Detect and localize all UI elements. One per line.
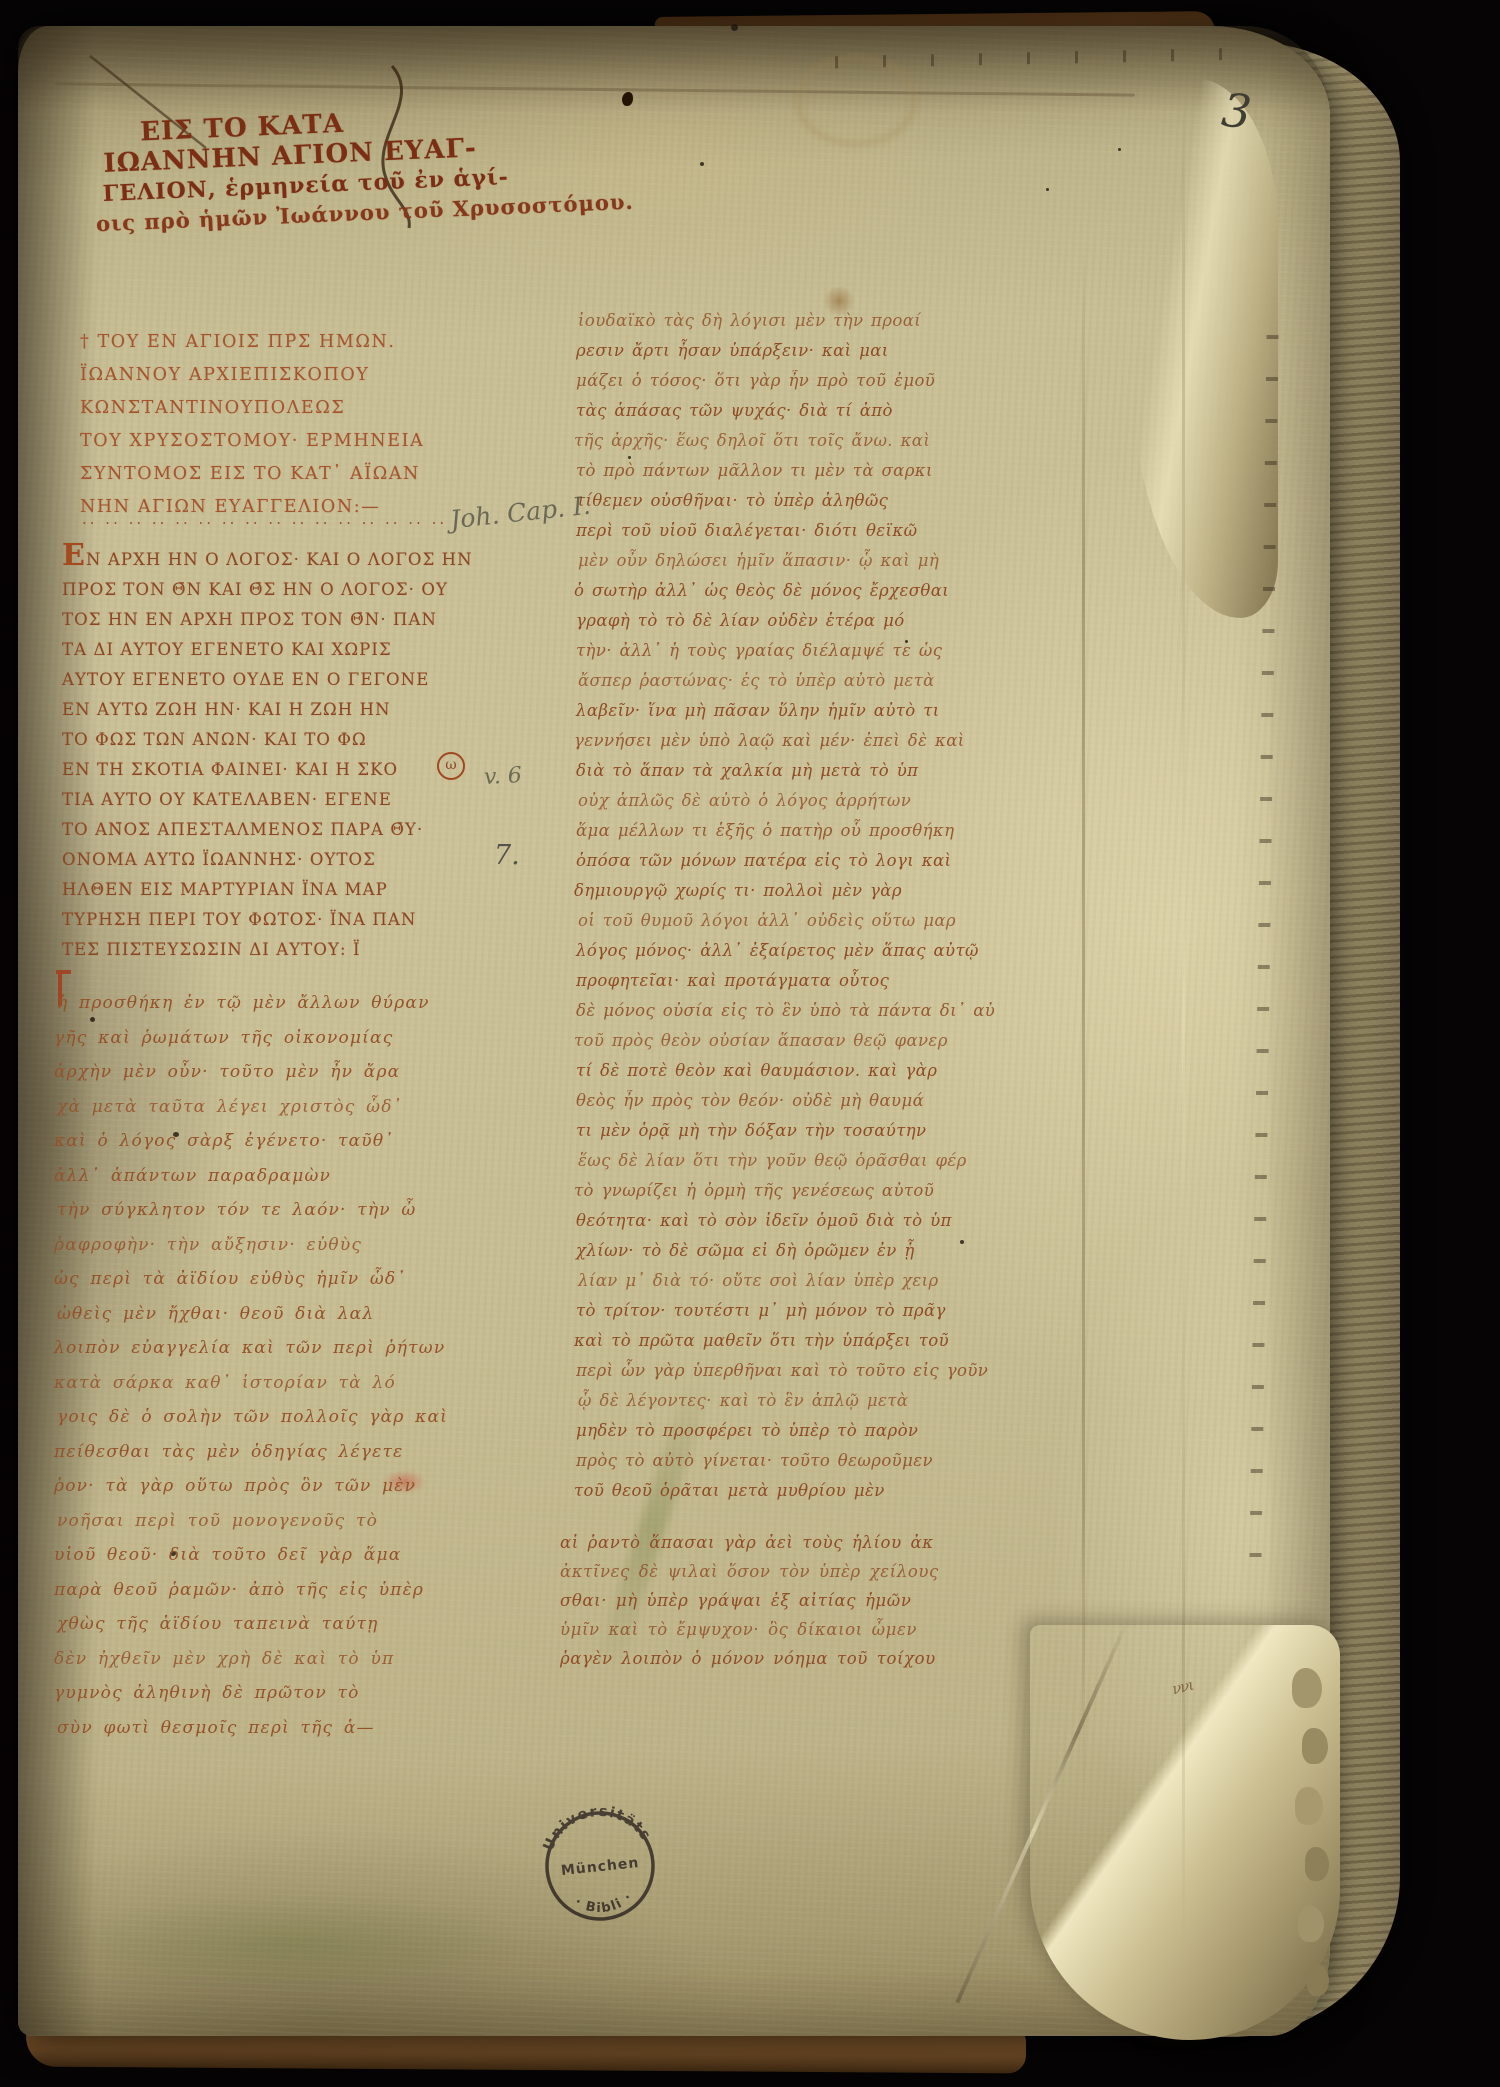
- text-line: σὺν φωτὶ θεσμοῖς περὶ τῆς ἁ—: [57, 1711, 448, 1746]
- text-line: μάζει ὁ τόσος· ὅτι γὰρ ἦν πρὸ τοῦ ἐμοῦ: [576, 366, 995, 396]
- text-line: χθὼς τῆς ἀϊδίου ταπεινὰ ταύτῃ: [57, 1607, 448, 1642]
- text-line: πρὸς τὸ αὐτὸ γίνεται· τοῦτο θεωροῦμεν: [576, 1446, 995, 1476]
- text-line: ΪΩΑΝΝΟΥ ΑΡΧΙΕΠΙΣΚΟΠΟΥ: [80, 359, 424, 392]
- stamp-ring-text-top: Universitäts: [537, 1798, 655, 1854]
- text-line: ΕΝ ΑΥΤΩ ΖΩΗ ΗΝ· ΚΑΙ Η ΖΩΗ ΗΝ: [62, 695, 473, 725]
- water-stain-ring: [795, 55, 917, 147]
- text-line: υἱοῦ θεοῦ· διὰ τοῦτο δεῖ γὰρ ἅμα: [54, 1538, 445, 1573]
- text-line: μηδὲν τὸ προσφέρει τὸ ὑπὲρ τὸ παρὸν: [576, 1416, 995, 1446]
- text-line: ΟΝΟΜΑ ΑΥΤΩ ΪΩΑΝΝΗΣ· ΟΥΤΟΣ: [62, 845, 473, 875]
- text-line: ΤΟ ΑΝ̄ΟΣ ΑΠΕΣΤΑΛΜΕΝΟΣ ΠΑΡΑ Θ̄Υ·: [62, 815, 473, 845]
- text-line: τοῦ θεοῦ ὁρᾶται μετὰ μυθρίου μὲν: [574, 1476, 993, 1506]
- text-line: ΑΥΤΟΥ ΕΓΕΝΕΤΟ ΟΥΔΕ ΕΝ Ο ΓΕΓΟΝΕ: [62, 665, 473, 695]
- bottom-right-edge-scallops: [1292, 1668, 1322, 1708]
- text-line: τὸ τρίτον· τουτέστι μ᾽ μὴ μόνον τὸ πρᾶγ: [576, 1296, 995, 1326]
- ink-speck: [700, 162, 704, 166]
- text-line: ΤΑ ΔΙ ΑΥΤΟΥ ΕΓΕΝΕΤΟ ΚΑΙ ΧΩΡΙΣ: [62, 635, 473, 665]
- text-line: ἀκτῖνες δὲ ψιλαὶ ὅσον τὸν ὑπὲρ χείλους: [560, 1557, 939, 1586]
- text-line: δὲν ἠχθεῖν μὲν χρὴ δὲ καὶ τὸ ὑπ: [54, 1642, 445, 1677]
- text-line: χλίων· τὸ δὲ σῶμα εἰ δὴ ὁρῶμεν ἐν ᾗ: [576, 1236, 995, 1266]
- text-line: ΤΙΑ ΑΥΤΟ ΟΥ ΚΑΤΕΛΑΒΕΝ· ΕΓΕΝΕ: [62, 785, 473, 815]
- text-line: ρεσιν ἄρτι ἦσαν ὑπάρξειν· καὶ μαι: [576, 336, 995, 366]
- text-line: ῥαφροφὴν· τὴν αὔξησιν· εὐθὺς: [54, 1228, 445, 1263]
- text-line: σθαι· μὴ ὑπὲρ γράψαι ἐξ αἰτίας ἡμῶν: [560, 1586, 939, 1615]
- text-line: γῆς καὶ ῥωμάτων τῆς οἰκονομίας: [54, 1021, 445, 1056]
- text-line: ἀρχὴν μὲν οὖν· τοῦτο μὲν ἦν ἄρα: [54, 1055, 445, 1090]
- text-line: ΠΡΟΣ ΤΟΝ Θ̄Ν ΚΑΙ Θ̄Σ ΗΝ Ο ΛΟΓΟΣ· ΟΥ: [62, 575, 473, 605]
- text-line: τοῦ πρὸς θεὸν οὐσίαν ἅπασαν θεῷ φανερ: [574, 1026, 993, 1056]
- text-line: καὶ τὸ πρῶτα μαθεῖν ὅτι τὴν ὑπάρξει τοῦ: [574, 1326, 993, 1356]
- text-line: περὶ τοῦ υἱοῦ διαλέγεται· διότι θεϊκῶ: [576, 516, 995, 546]
- text-line: ΤΟΥ ΧΡΥΣΟΣΤΟΜΟΥ· ΕΡΜΗΝΕΙΑ: [80, 425, 424, 458]
- text-line: τὴν· ἀλλ᾽ ἡ τοὺς γραίας διέλαμψέ τε ὡς: [576, 636, 995, 666]
- library-stamp: Universitäts · Bibli · München: [527, 1793, 672, 1938]
- text-line: τίθεμεν οὐσθῆναι· τὸ ὑπὲρ ἀληθῶς: [576, 486, 995, 516]
- text-line: ὁ σωτὴρ ἀλλ᾽ ὡς θεὸς δὲ μόνος ἔρχεσθαι: [574, 576, 993, 606]
- ink-speck: [1046, 188, 1049, 191]
- text-line: λίαν μ᾽ διὰ τό· οὔτε σοὶ λίαν ὑπὲρ χειρ: [578, 1266, 997, 1296]
- text-line: παρὰ θεοῦ ῥαμῶν· ἀπὸ τῆς εἰς ὑπὲρ: [54, 1573, 445, 1608]
- text-line: ΤΟΣ ΗΝ ΕΝ ΑΡΧΗ ΠΡΟΣ ΤΟΝ Θ̄Ν· ΠΑΝ: [62, 605, 473, 635]
- vertical-crease: [1082, 240, 1085, 1800]
- text-line: γραφὴ τὸ τὸ δὲ λίαν οὐδὲν ἑτέρα μό: [576, 606, 995, 636]
- text-line: οὐχ ἁπλῶς δὲ αὐτὸ ὁ λόγος ἀρρήτων: [578, 786, 997, 816]
- text-line: λαβεῖν· ἵνα μὴ πᾶσαν ὕλην ἡμῖν αὐτὸ τι: [576, 696, 995, 726]
- ink-speck: [731, 24, 738, 31]
- text-line: τὸ πρὸ πάντων μᾶλλον τι μὲν τὰ σαρκι: [576, 456, 995, 486]
- text-line: καὶ ὁ λόγος σὰρξ ἐγένετο· ταῦθ᾽: [54, 1124, 445, 1159]
- verse-annotation-7: 7.: [494, 840, 520, 871]
- text-line: ΚΩΝΣΤΑΝΤΙΝΟΥΠΟΛΕΩΣ: [80, 392, 424, 425]
- text-line: γοις δὲ ὁ σολὴν τῶν πολλοῖς γὰρ καὶ: [57, 1400, 448, 1435]
- circled-omega-correction: ω: [437, 752, 465, 780]
- text-line: γεννήσει μὲν ὑπὸ λαῷ καὶ μέν· ἐπεὶ δὲ κα…: [574, 726, 993, 756]
- svg-text:Universitäts: Universitäts: [537, 1798, 655, 1854]
- text-line: τὴν σύγκλητον τόν τε λαόν· τὴν ὦ: [57, 1193, 448, 1228]
- text-line: τὸ γνωρίζει ἡ ὁρμὴ τῆς γενέσεως αὐτοῦ: [574, 1176, 993, 1206]
- text-line: ΤΕΣ ΠΙΣΤΕΥΣΩΣΙΝ ΔΙ ΑΥΤΟΥ: Ϊ: [62, 935, 473, 965]
- text-line: ΤΟ ΦΩΣ ΤΩΝ ΑΝ̄ΩΝ· ΚΑΙ ΤΟ ΦΩ: [62, 725, 473, 755]
- text-line: λόγος μόνος· ἀλλ᾽ ἐξαίρετος μὲν ἅπας αὐτ…: [576, 936, 995, 966]
- rubric-heading: † ΤΟΥ ΕΝ ΑΓΙΟΙΣ ΠΡ̄Σ ΗΜΩΝ.ΪΩΑΝΝΟΥ ΑΡΧΙΕΠ…: [80, 326, 424, 524]
- text-line: προφητεῖαι· καὶ προτάγματα οὗτος: [576, 966, 995, 996]
- left-commentary-text: ἡ προσθήκη ἐν τῷ μὲν ἄλλων θύρανγῆς καὶ …: [54, 986, 445, 1745]
- text-line: ἰουδαϊκὸ τὰς δὴ λόγισι μὲν τὴν προαί: [578, 306, 997, 336]
- text-line: λοιπὸν εὐαγγελία καὶ τῶν περὶ ῥήτων: [54, 1331, 445, 1366]
- text-line: ἕως δὲ λίαν ὅτι τὴν γοῦν θεῷ ὁρᾶσθαι φέρ: [578, 1146, 997, 1176]
- text-line: θεὸς ἦν πρὸς τὸν θεόν· οὐδὲ μὴ θαυμά: [576, 1086, 995, 1116]
- green-stain: [70, 1895, 520, 1990]
- text-line: γυμνὸς ἀληθινὴ δὲ πρῶτον τὸ: [54, 1676, 445, 1711]
- text-line: ἅμα μέλλων τι ἑξῆς ὁ πατὴρ οὗ προσθήκη: [576, 816, 995, 846]
- text-line: ΕΝ ΤΗ ΣΚΟΤΙΑ ΦΑΙΝΕΙ· ΚΑΙ Η ΣΚΟ: [62, 755, 473, 785]
- text-line: θεότητα· καὶ τὸ σὸν ἰδεῖν ὁμοῦ διὰ τὸ ὑπ: [576, 1206, 995, 1236]
- right-commentary-tail: αἱ ῥαντὸ ἅπασαι γὰρ ἀεὶ τοὺς ἡλίου ἀκἀκτ…: [560, 1528, 939, 1673]
- text-line: νοῆσαι περὶ τοῦ μονογενοῦς τὸ: [57, 1504, 448, 1539]
- right-commentary-text: ἰουδαϊκὸ τὰς δὴ λόγισι μὲν τὴν προαίρεσι…: [576, 306, 995, 1506]
- manuscript-title: ΕΙΣ ΤΟ ΚΑΤΑΙΩΑΝΝΗΝ ΑΓΙΟΝ ΕΥΑΓ-ΓΕΛΙΟΝ, ἑρ…: [94, 97, 635, 239]
- text-line: † ΤΟΥ ΕΝ ΑΓΙΟΙΣ ΠΡ̄Σ ΗΜΩΝ.: [80, 326, 424, 359]
- text-line: κατὰ σάρκα καθ᾽ ἱστορίαν τὰ λό: [54, 1366, 445, 1401]
- text-line: ὠθεὶς μὲν ἤχθαι· θεοῦ διὰ λαλ: [57, 1297, 448, 1332]
- text-line: δημιουργῷ χωρίς τι· πολλοὶ μὲν γὰρ: [574, 876, 993, 906]
- text-line: πείθεσθαι τὰς μὲν ὁδηγίας λέγετε: [54, 1435, 445, 1470]
- text-line: περὶ ὧν γὰρ ὑπερθῆναι καὶ τὸ τοῦτο εἰς γ…: [576, 1356, 995, 1386]
- text-line: τί δὲ ποτὲ θεὸν καὶ θαυμάσιον. καὶ γὰρ: [576, 1056, 995, 1086]
- text-line: αἱ ῥαντὸ ἅπασαι γὰρ ἀεὶ τοὺς ἡλίου ἀκ: [560, 1528, 939, 1557]
- ink-speck: [1118, 148, 1121, 151]
- text-line: ΤΥΡΗΣΗ ΠΕΡΙ ΤΟΥ ΦΩΤΟΣ· ΪΝΑ ΠΑΝ: [62, 905, 473, 935]
- text-line: ῥον· τὰ γὰρ οὕτω πρὸς ὃν τῶν μὲν: [54, 1469, 445, 1504]
- text-line: ἀλλ᾽ ἁπάντων παραδραμὼν: [54, 1159, 445, 1194]
- text-line: χὰ μετὰ ταῦτα λέγει χριστὸς ὧδ᾽: [57, 1090, 448, 1125]
- text-line: ΕΝ ΑΡΧΗ ΗΝ Ο ΛΟΓΟΣ· ΚΑΙ Ο ΛΟΓΟΣ ΗΝ: [62, 541, 473, 575]
- photograph-of-manuscript: { "page": { "folio_number": "3", "circle…: [0, 0, 1500, 2087]
- stamp-center-text: München: [560, 1855, 640, 1879]
- text-line: ᾧ δὲ λέγοντες· καὶ τὸ ἓν ἁπλῷ μετὰ: [578, 1386, 997, 1416]
- ornament-separator: ·· ·· ·· ·· ·· ·· ·· ·· ·· ·· ·· ·· ·· ·…: [82, 514, 447, 532]
- vertical-crease: [1182, 90, 1185, 1950]
- text-line: ῥαγὲν λοιπὸν ὁ μόνον νόημα τοῦ τοίχου: [560, 1644, 939, 1673]
- text-line: τὰς ἁπάσας τῶν ψυχάς· διὰ τί ἀπὸ: [576, 396, 995, 426]
- text-line: ὁπόσα τῶν μόνων πατέρα εἰς τὸ λογι καὶ: [576, 846, 995, 876]
- text-line: τῆς ἀρχῆς· ἕως δηλοῖ ὅτι τοῖς ἄνω. καὶ: [574, 426, 993, 456]
- text-line: μὲν οὖν δηλώσει ἡμῖν ἅπασιν· ᾧ καὶ μὴ: [578, 546, 997, 576]
- text-line: οἱ τοῦ θυμοῦ λόγοι ἀλλ᾽ οὐδεὶς οὕτω μαρ: [578, 906, 997, 936]
- text-line: ὡς περὶ τὰ ἀϊδίου εὐθὺς ἡμῖν ὧδ᾽: [54, 1262, 445, 1297]
- text-line: ἄσπερ ῥαστώνας· ἐς τὸ ὑπὲρ αὐτὸ μετὰ: [578, 666, 997, 696]
- text-line: τι μὲν ὁρᾷ μὴ τὴν δόξαν τὴν τοσαύτην: [576, 1116, 995, 1146]
- text-line: ἡ προσθήκη ἐν τῷ μὲν ἄλλων θύραν: [57, 986, 448, 1021]
- text-line: δὲ μόνος οὐσία εἰς τὸ ἓν ὑπὸ τὰ πάντα δι…: [576, 996, 995, 1026]
- text-line: διὰ τὸ ἅπαν τὰ χαλκία μὴ μετὰ τὸ ὑπ: [576, 756, 995, 786]
- text-line: ΣΥΝΤΟΜΟΣ ΕΙΣ ΤΟ ΚΑΤ᾽ ΑΪΩΑΝ: [80, 458, 424, 491]
- folio-number: 3: [1219, 83, 1254, 140]
- verse-annotation-6: v. 6: [483, 763, 522, 790]
- gospel-pericope-john-1: ΕΝ ΑΡΧΗ ΗΝ Ο ΛΟΓΟΣ· ΚΑΙ Ο ΛΟΓΟΣ ΗΝΠΡΟΣ Τ…: [62, 541, 473, 965]
- text-line: ΗΛΘΕΝ ΕΙΣ ΜΑΡΤΥΡΙΑΝ ΪΝΑ ΜΑΡ: [62, 875, 473, 905]
- text-line: ὑμῖν καὶ τὸ ἔμψυχον· ὃς δίκαιοι ὦμεν: [560, 1615, 939, 1644]
